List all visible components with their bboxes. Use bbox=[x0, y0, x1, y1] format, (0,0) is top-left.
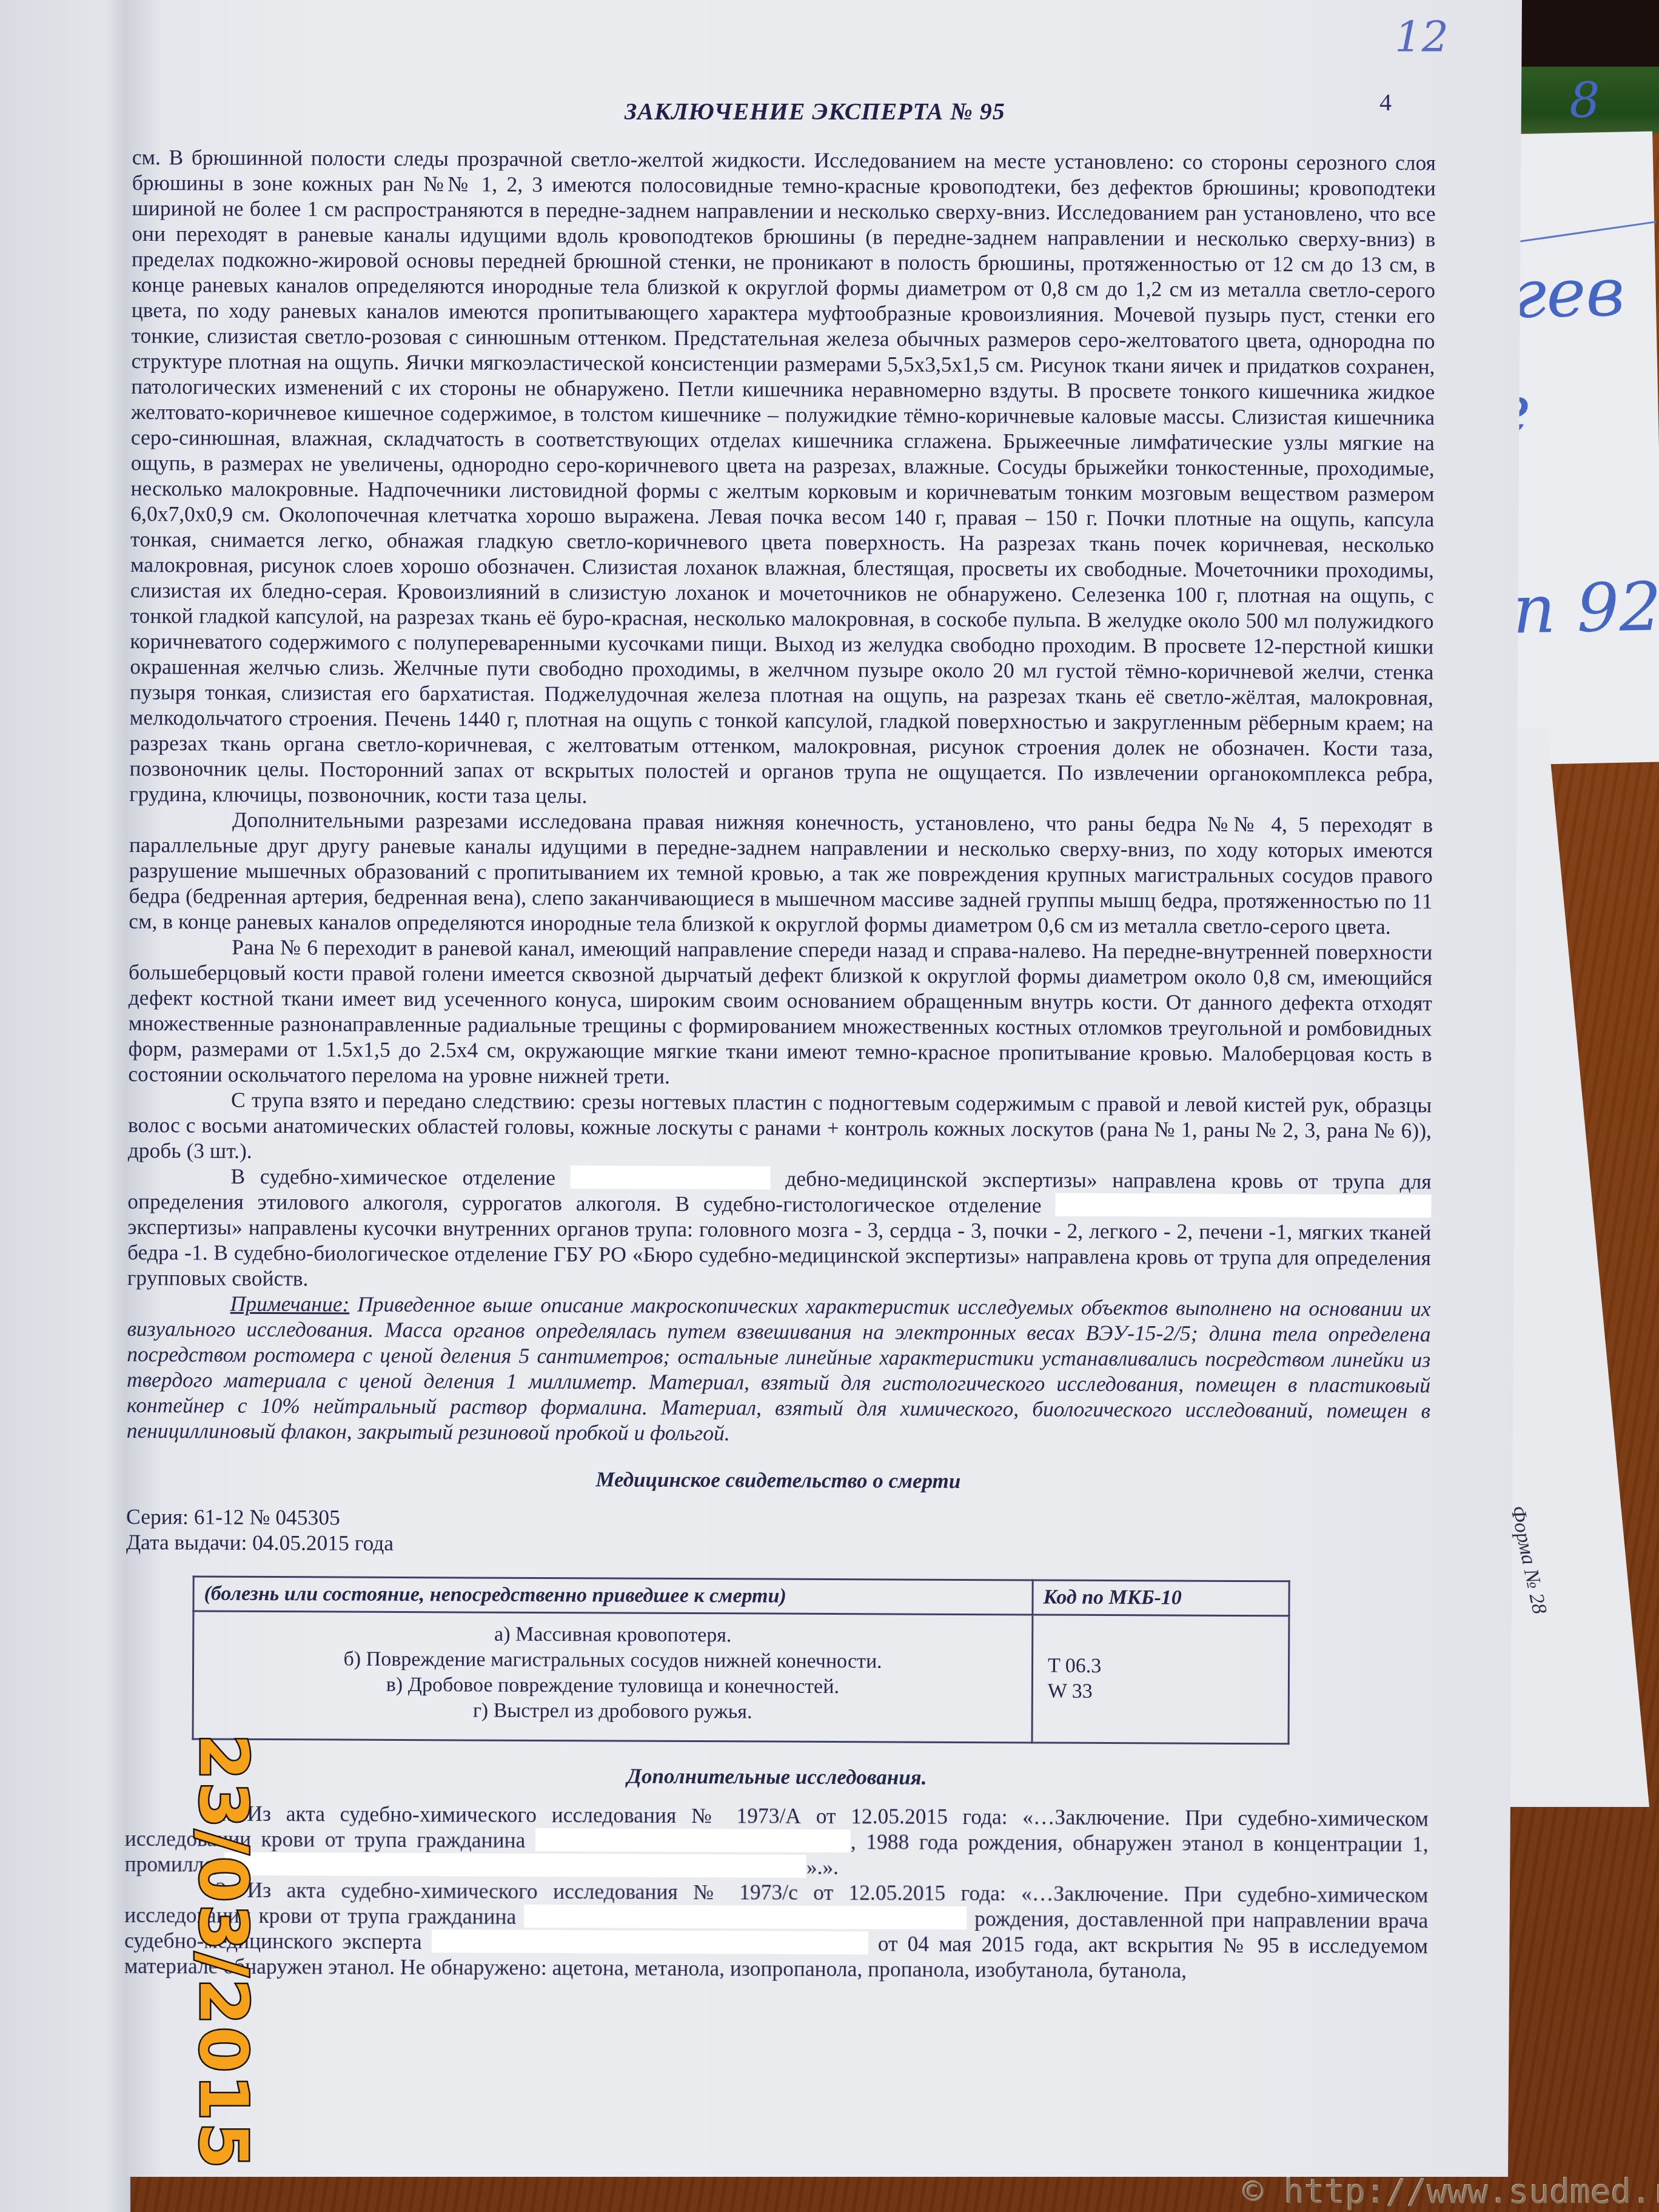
cause-item: в) Дробовое повреждение туловища и конеч… bbox=[194, 1671, 1031, 1700]
samples-text-1: В судебно-химическое отделение bbox=[230, 1164, 555, 1190]
additional-studies-list: 1. Из акта судебно-химического исследова… bbox=[124, 1800, 1429, 1984]
website-watermark: © http://www.sudmed.ru bbox=[1243, 2172, 1659, 2211]
samples-text-3: экспертизы» направлены кусочки внутренни… bbox=[127, 1215, 1432, 1290]
additional-studies-title: Дополнительные исследования. bbox=[125, 1761, 1429, 1792]
underlying-page-edge bbox=[0, 0, 130, 2212]
death-certificate-title: Медицинское свидетельство о смерти bbox=[126, 1465, 1430, 1496]
redaction-box bbox=[224, 1852, 806, 1878]
leg-examination-paragraph: Дополнительными разрезами исследована пр… bbox=[129, 806, 1433, 939]
redaction-box bbox=[535, 1828, 851, 1852]
handwritten-page-mark: 12 bbox=[1395, 12, 1449, 62]
cause-item: б) Повреждение магистральных сосудов ниж… bbox=[194, 1646, 1031, 1675]
cause-column-header: (болезнь или состояние, непосредственно … bbox=[193, 1577, 1033, 1615]
icd-code: T 06.3 bbox=[1048, 1654, 1278, 1680]
item-text: , 1988 года рождения, обнаружен этанол в… bbox=[851, 1829, 1429, 1856]
list-item: 1. Из акта судебно-химического исследова… bbox=[125, 1800, 1429, 1882]
redaction-box bbox=[1055, 1193, 1431, 1218]
evidence-taken-paragraph: С трупа взято и передано следствию: срез… bbox=[128, 1087, 1432, 1168]
redaction-box bbox=[571, 1165, 771, 1189]
document-body: см. В брюшинной полости следы прозрачной… bbox=[124, 144, 1436, 1984]
cause-of-death-table: (болезнь или состояние, непосредственно … bbox=[192, 1575, 1290, 1744]
note-label: Примечание: bbox=[230, 1292, 350, 1316]
autopsy-paragraph: см. В брюшинной полости следы прозрачной… bbox=[129, 144, 1436, 812]
cause-item: г) Выстрел из дробового ружья. bbox=[194, 1697, 1031, 1726]
item-text: ».». bbox=[806, 1855, 839, 1879]
table-header-row: (болезнь или состояние, непосредственно … bbox=[193, 1577, 1289, 1616]
redaction-box bbox=[432, 1929, 868, 1954]
cause-item: а) Массивная кровопотеря. bbox=[194, 1620, 1031, 1649]
samples-paragraph: В судебно-химическое отделение дебно-мед… bbox=[127, 1163, 1432, 1296]
wound-6-paragraph: Рана № 6 переходит в раневой канал, имею… bbox=[128, 934, 1432, 1092]
list-item: 2. Из акта судебно-химического исследова… bbox=[124, 1877, 1429, 1984]
document-header-title: ЗАКЛЮЧЕНИЕ ЭКСПЕРТА № 95 bbox=[625, 97, 1005, 126]
certificate-issue-date: Дата выдачи: 04.05.2015 года bbox=[126, 1529, 1430, 1560]
icd-code-column-header: Код по МКБ-10 bbox=[1033, 1580, 1289, 1616]
handwritten-mark: 8 bbox=[1569, 72, 1601, 129]
camera-date-stamp: 23/03/2015 bbox=[185, 1734, 261, 2171]
codes-cell: T 06.3 W 33 bbox=[1032, 1615, 1289, 1744]
icd-code: W 33 bbox=[1048, 1679, 1278, 1706]
causes-cell: а) Массивная кровопотеря. б) Повреждение… bbox=[193, 1611, 1033, 1743]
page-number: 4 bbox=[1379, 88, 1392, 116]
redaction-box bbox=[524, 1905, 967, 1929]
note-paragraph: Примечание: Приведенное выше описание ма… bbox=[127, 1290, 1431, 1449]
table-row: а) Массивная кровопотеря. б) Повреждение… bbox=[193, 1611, 1289, 1744]
